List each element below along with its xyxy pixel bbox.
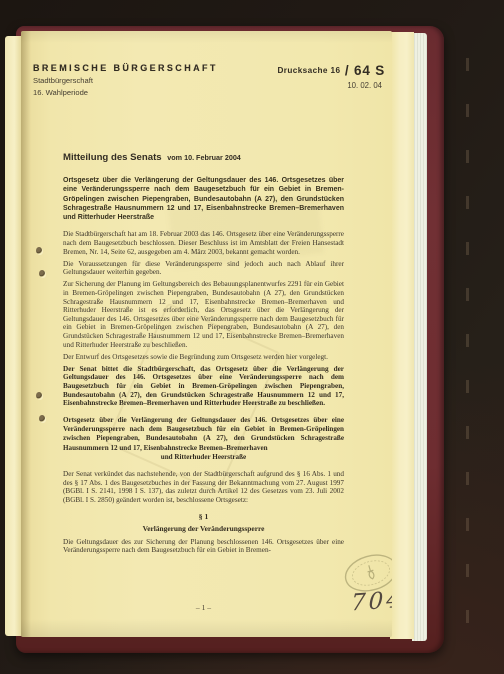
staple-mark — [36, 392, 42, 399]
cover-stitching-right — [466, 58, 469, 624]
document-page: BREMISCHE BÜRGERSCHAFT Stadtbürgerschaft… — [21, 31, 392, 637]
handwritten-number: 7040 — [351, 585, 392, 616]
title-main: Mitteilung des Senats — [63, 152, 162, 163]
paragraph: Der Entwurf des Ortsgesetzes sowie die B… — [63, 353, 344, 362]
page-edges-white — [412, 33, 427, 641]
subject-heading: Ortsgesetz über die Verlängerung der Gel… — [63, 176, 344, 222]
drucksache-label: Drucksache 16 — [277, 66, 340, 75]
section-number: § 1 — [63, 512, 344, 521]
facing-page-edge — [5, 36, 22, 636]
paragraph: Zur Sicherung der Planung im Geltungsber… — [63, 280, 344, 349]
spine-fold-shadow — [21, 31, 31, 637]
drucksache-number: / 64 S — [345, 63, 385, 78]
paragraph: Die Stadtbürgerschaft hat am 18. Februar… — [63, 230, 344, 256]
title-date-suffix: vom 10. Februar 2004 — [167, 153, 241, 162]
senate-request-paragraph: Der Senat bittet die Stadtbürgerschaft, … — [63, 365, 344, 408]
document-date: 10. 02. 04 — [277, 81, 385, 90]
chamber-name: Stadtbürgerschaft — [33, 76, 218, 85]
staple-mark — [39, 415, 45, 422]
page-number: – 1 – — [63, 603, 344, 612]
enactment-paragraph: Der Senat verkündet das nachstehende, vo… — [63, 470, 344, 504]
scanned-document-scene: BREMISCHE BÜRGERSCHAFT Stadtbürgerschaft… — [0, 0, 504, 674]
drucksache-block: Drucksache 16 / 64 S 10. 02. 04 — [277, 62, 385, 90]
staple-mark — [36, 247, 42, 254]
text-column: Mitteilung des Senats vom 10. Februar 20… — [63, 152, 344, 558]
letterhead: BREMISCHE BÜRGERSCHAFT Stadtbürgerschaft… — [33, 63, 218, 97]
section-title: Verlängerung der Veränderungssperre — [63, 524, 344, 533]
staple-mark — [39, 270, 45, 277]
section-body: Die Geltungsdauer des zur Sicherung der … — [63, 538, 344, 555]
paragraph: Die Voraussetzungen für diese Veränderun… — [63, 260, 344, 277]
page-edge-highlight — [390, 32, 414, 639]
law-heading-last-line: und Ritterhuder Heerstraße — [63, 453, 344, 462]
organization-name: BREMISCHE BÜRGERSCHAFT — [33, 63, 218, 73]
electoral-term: 16. Wahlperiode — [33, 88, 218, 97]
document-title: Mitteilung des Senats vom 10. Februar 20… — [63, 152, 344, 163]
law-heading: Ortsgesetz über die Verlängerung der Gel… — [63, 416, 344, 453]
